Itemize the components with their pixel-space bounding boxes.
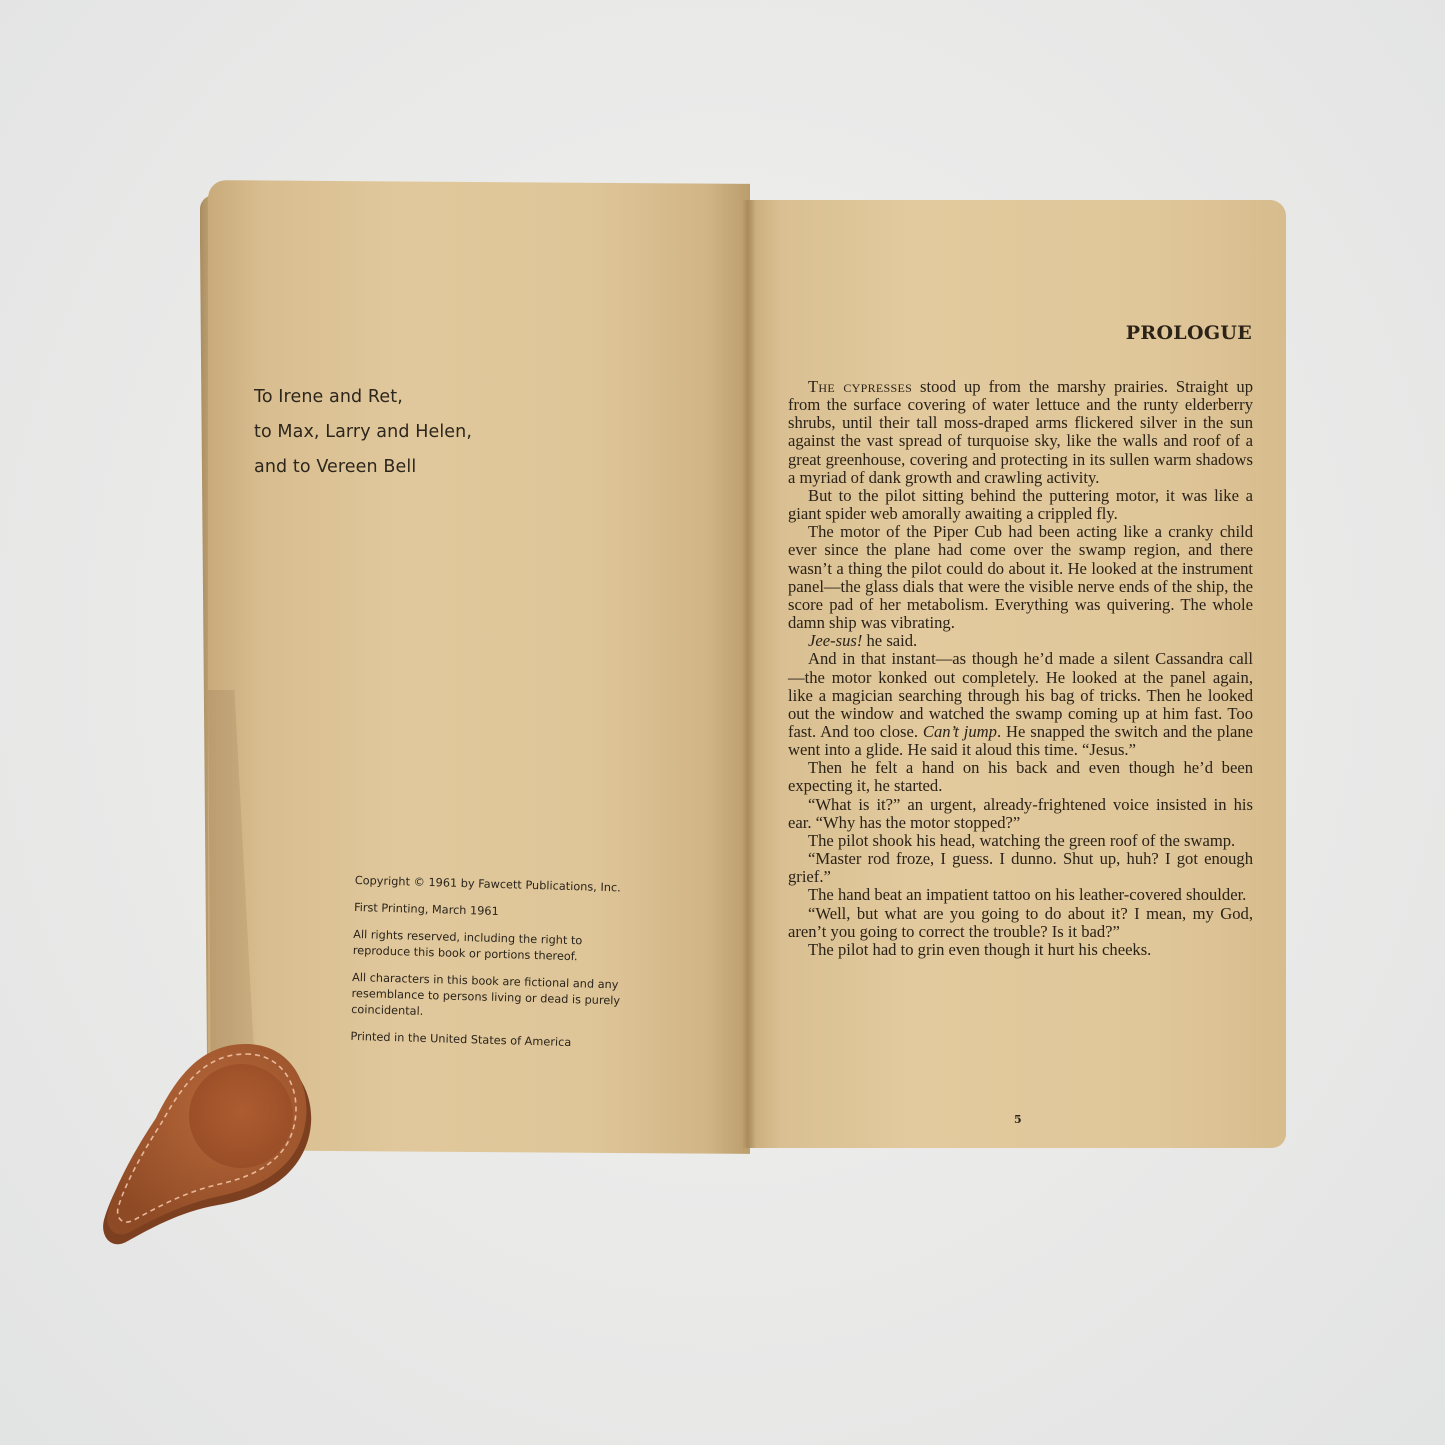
paragraph: Then he felt a hand on his back and even…	[788, 759, 1253, 795]
paragraph: The pilot shook his head, watching the g…	[788, 832, 1253, 850]
paragraph: “What is it?” an urgent, already-frighte…	[788, 796, 1253, 832]
first-printing: First Printing, March 1961	[354, 900, 654, 924]
paragraph: The motor of the Piper Cub had been acti…	[788, 523, 1253, 632]
dedication-line: and to Vereen Bell	[254, 450, 472, 485]
dedication-line: To Irene and Ret,	[254, 380, 472, 415]
chapter-heading: PROLOGUE	[1080, 322, 1252, 344]
paragraph: The hand beat an impatient tattoo on his…	[788, 886, 1253, 904]
dedication: To Irene and Ret, to Max, Larry and Hele…	[254, 380, 472, 485]
printed-in: Printed in the United States of America	[350, 1029, 650, 1053]
fiction-notice: All characters in this book are fictiona…	[351, 970, 642, 1026]
book-gutter	[742, 200, 756, 1148]
chapter-text: The cypresses stood up from the marshy p…	[788, 378, 1253, 959]
paragraph: The pilot had to grin even though it hur…	[788, 941, 1253, 959]
copyright-block: Copyright © 1961 by Fawcett Publications…	[350, 873, 655, 1064]
opening-small-caps: The cypresses	[808, 377, 912, 396]
rights-reserved: All rights reserved, including the right…	[353, 927, 626, 967]
open-book: To Irene and Ret, to Max, Larry and Hele…	[0, 0, 1445, 1445]
leather-magnetic-bookmark-icon[interactable]	[98, 1030, 328, 1250]
dedication-line: to Max, Larry and Helen,	[254, 415, 472, 450]
paragraph: The cypresses stood up from the marshy p…	[788, 378, 1253, 487]
paragraph: And in that instant—as though he’d made …	[788, 650, 1253, 759]
paragraph: “Well, but what are you going to do abou…	[788, 905, 1253, 941]
page-number: 5	[1014, 1113, 1022, 1126]
paragraph: But to the pilot sitting behind the putt…	[788, 487, 1253, 523]
paragraph: “Master rod froze, I guess. I dunno. Shu…	[788, 850, 1253, 886]
paragraph: Jee-sus! he said.	[788, 632, 1253, 650]
